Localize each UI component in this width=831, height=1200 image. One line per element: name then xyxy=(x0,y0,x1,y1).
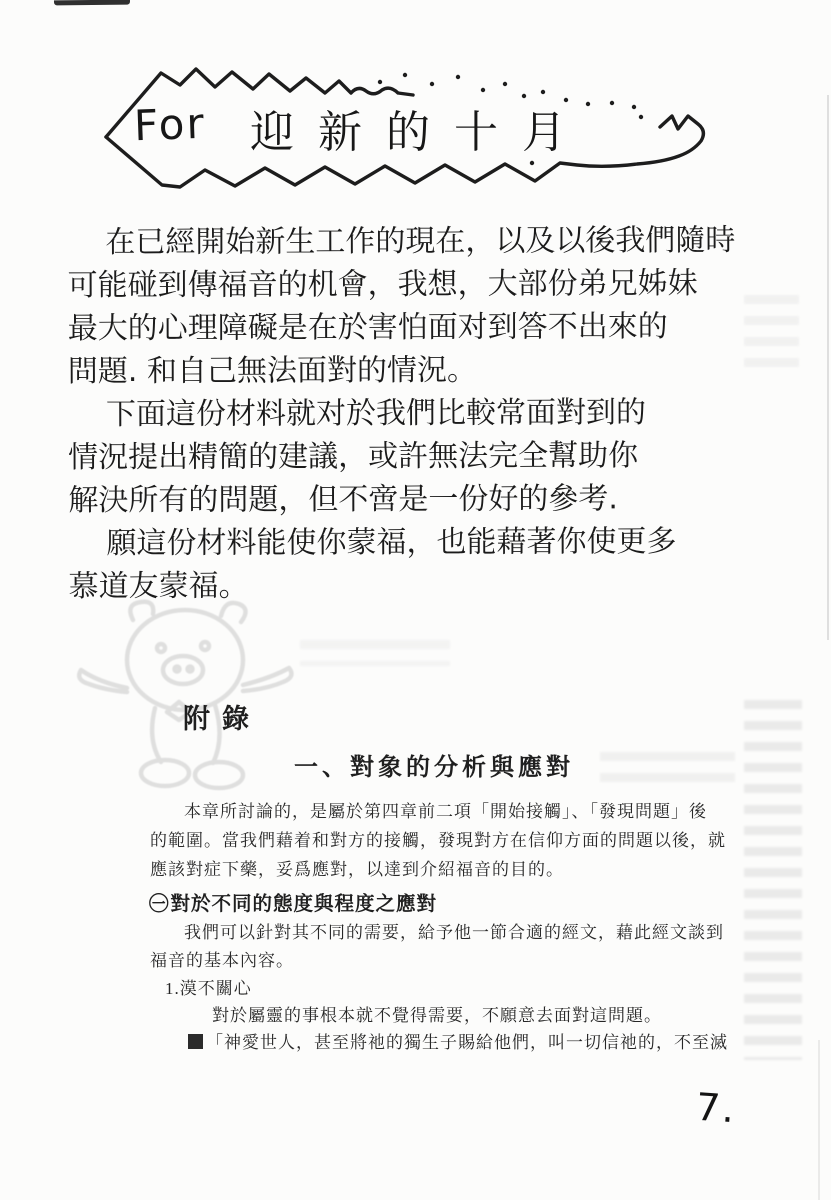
ink-bleed-through xyxy=(300,640,450,666)
printed-line: 應該對症下藥，妥爲應對，以達到介紹福音的目的。 xyxy=(150,855,726,884)
doodle-head xyxy=(127,610,243,710)
ink-bleed-through xyxy=(744,700,802,1060)
printed-line: 福音的基本內容。 xyxy=(150,947,724,975)
printed-line: 本章所討論的，是屬於第四章前二項「開始接觸」、「發現問題」後 xyxy=(150,797,726,826)
banner-latin-text: For xyxy=(133,99,206,150)
doodle-ear-left xyxy=(130,602,153,620)
subsection-heading: ㊀對於不同的態度與程度之應對 xyxy=(149,888,437,916)
ink-bleed-through xyxy=(600,752,735,794)
list-item-description: 對於屬靈的事根本就不覺得需要，不願意去面對這問題。 xyxy=(212,1001,662,1026)
subsection-title-text: 對於不同的態度與程度之應對 xyxy=(171,894,438,915)
scripture-verse-text: 「神愛世人，甚至將祂的獨生子賜給他們，叫一切信祂的，不至滅 xyxy=(206,1033,728,1052)
circled-one-marker: ㊀ xyxy=(149,894,170,915)
handwritten-line: 問題. 和自己無法面對的情況。 xyxy=(68,348,768,393)
handwritten-intro: 在已經開始新生工作的現在，以及以後我們隨時 可能碰到傳福音的机會，我想，大部份弟… xyxy=(67,219,768,608)
banner-chinese-text: 迎新的十月 xyxy=(250,96,590,160)
scan-artifact-mark xyxy=(54,0,130,5)
printed-line: 我們可以針對其不同的需要，給予他一節合適的經文，藉此經文談到 xyxy=(150,919,724,947)
page-edge-line xyxy=(827,95,829,640)
body-paragraph: 我們可以針對其不同的需要，給予他一節合適的經文，藉此經文談到 福音的基本內容。 xyxy=(150,919,724,975)
doodle-ear-right xyxy=(221,603,246,622)
scripture-verse-line: 「神愛世人，甚至將祂的獨生子賜給他們，叫一切信祂的，不至滅 xyxy=(188,1028,728,1053)
handwritten-line: 下面這份材料就对於我們比較常面對到的 xyxy=(68,391,768,436)
list-item-label: 1.漠不關心 xyxy=(165,974,252,999)
doodle-arm-right xyxy=(243,668,291,691)
scanned-document-page: For 迎新的十月 在已經開始新生工作的現在，以及以後我們隨時 可能碰到傳福音的… xyxy=(0,0,831,1200)
doodle-body-left xyxy=(152,708,161,762)
doodle-snout xyxy=(163,656,203,684)
filled-square-bullet-icon xyxy=(188,1034,203,1049)
handwritten-line: 情況提出精簡的建議，或許無法完全幫助你 xyxy=(68,434,768,479)
doodle-eye xyxy=(157,644,165,652)
faint-doodle-drawing xyxy=(73,590,298,800)
page-number: 7. xyxy=(695,1085,738,1132)
doodle-foot-left xyxy=(141,760,189,786)
doodle-nostril xyxy=(175,667,180,672)
handwritten-line: 最大的心理障礙是在於害怕面对到答不出來的 xyxy=(68,305,768,350)
intro-paragraph: 本章所討論的，是屬於第四章前二項「開始接觸」、「發現問題」後 的範圍。當我們藉着… xyxy=(150,797,726,884)
section-heading: 一、對象的分析與應對 xyxy=(294,747,574,782)
page-edge-line xyxy=(818,1040,820,1200)
doodle-nostril xyxy=(188,667,193,672)
doodle-eye xyxy=(201,642,209,650)
handwritten-line: 在已經開始新生工作的現在，以及以後我們隨時 xyxy=(67,219,767,264)
doodle-foot-right xyxy=(195,762,243,788)
appendix-heading: 附錄 xyxy=(183,697,261,736)
doodle-arm-left xyxy=(79,670,127,692)
handwritten-line: 願這份材料能使你蒙福，也能藉著你使更多 xyxy=(68,520,768,565)
handwritten-line: 解決所有的問題，但不啻是一份好的參考. xyxy=(68,477,768,522)
handwritten-line: 可能碰到傳福音的机會，我想，大部份弟兄姊妹 xyxy=(67,262,767,307)
printed-line: 的範圍。當我們藉着和對方的接觸，發現對方在信仰方面的問題以後，就 xyxy=(150,826,726,855)
